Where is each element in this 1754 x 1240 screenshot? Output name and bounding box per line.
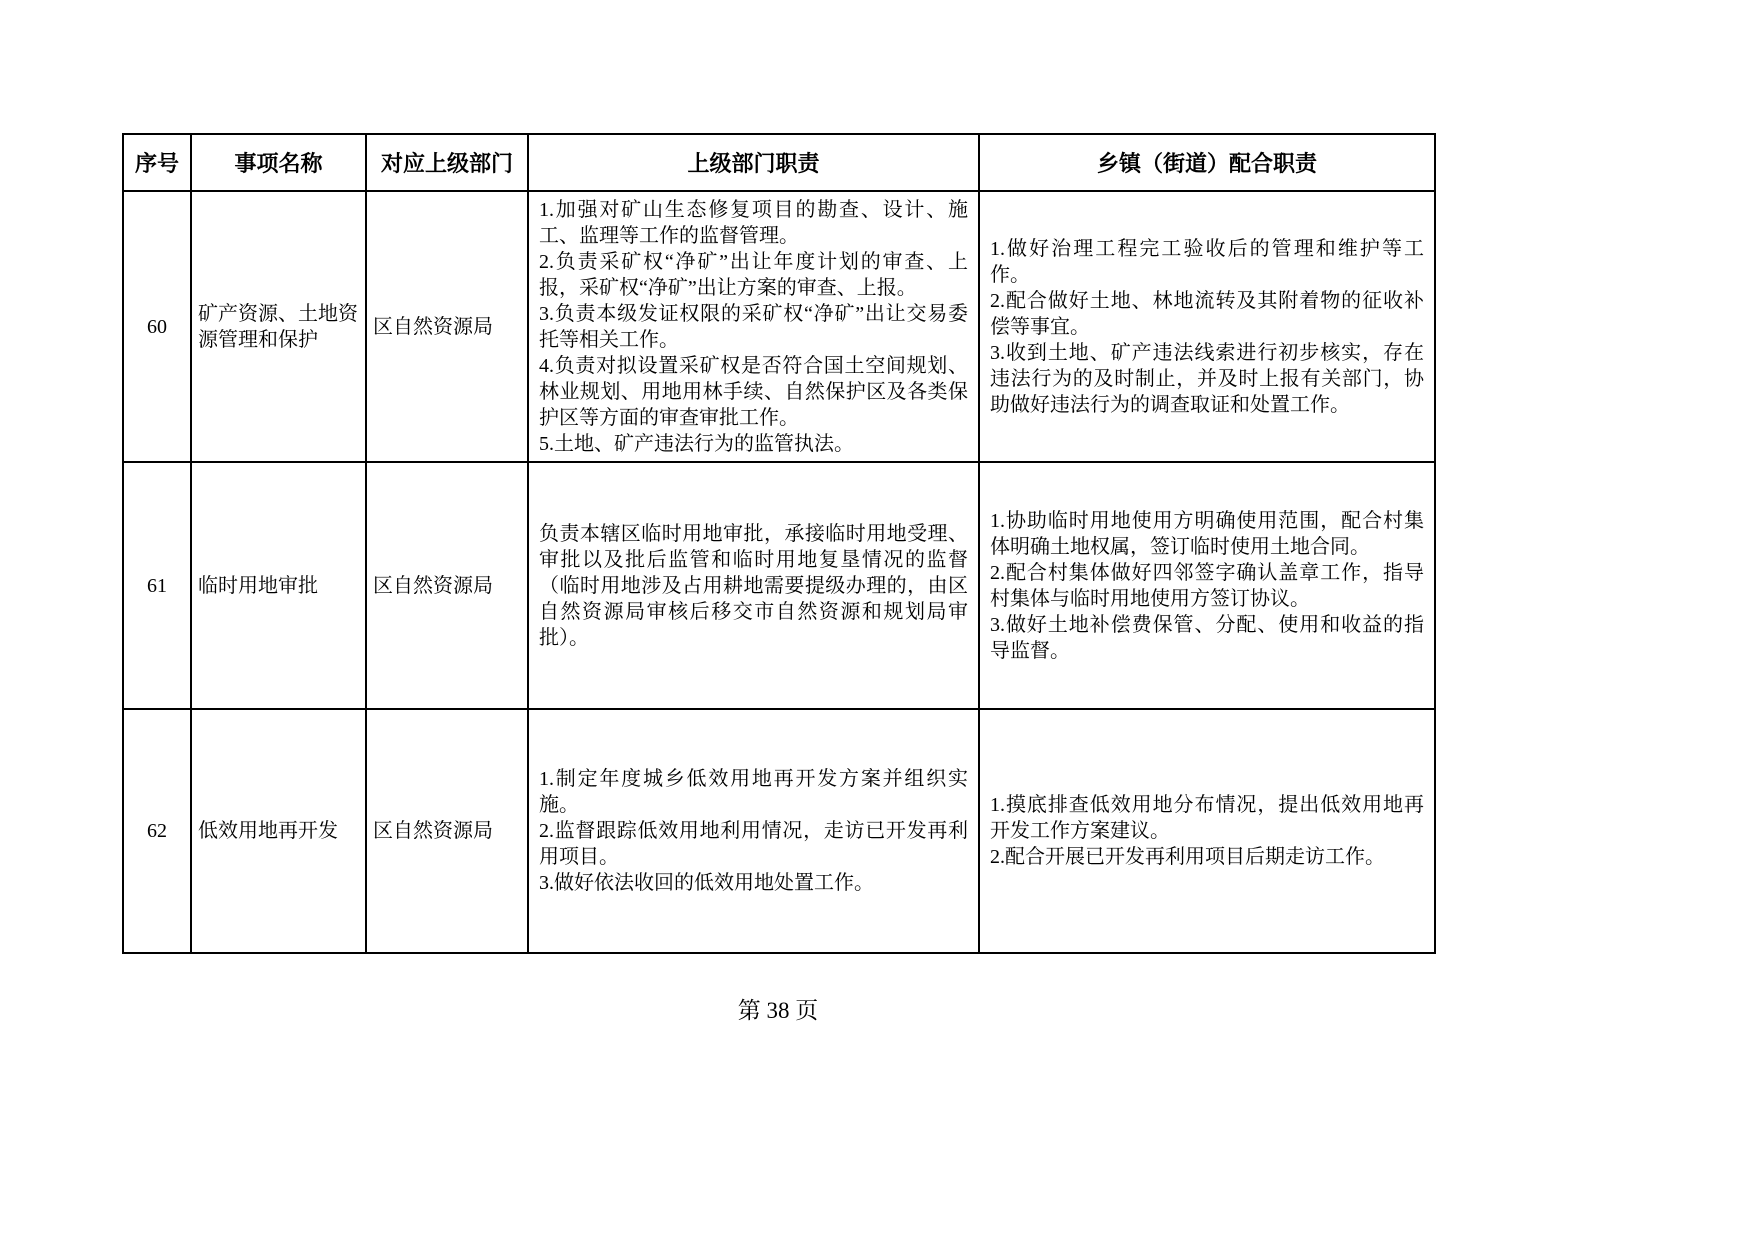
serial-cell: 60 [123, 191, 191, 462]
serial-cell: 62 [123, 709, 191, 953]
column-header-township-duties: 乡镇（街道）配合职责 [979, 134, 1435, 191]
column-header-item-name: 事项名称 [191, 134, 366, 191]
page-number: 第 38 页 [122, 992, 1434, 1025]
responsibility-table: 序号 事项名称 对应上级部门 上级部门职责 乡镇（街道）配合职责 60 矿产资源… [122, 133, 1436, 954]
township-duty-cell: 1.协助临时用地使用方明确使用范围，配合村集体明确土地权属，签订临时使用土地合同… [979, 462, 1435, 709]
superior-duty-cell: 1.制定年度城乡低效用地再开发方案并组织实施。 2.监督跟踪低效用地利用情况，走… [528, 709, 979, 953]
superior-duty-cell: 1.加强对矿山生态修复项目的勘查、设计、施工、监理等工作的监督管理。 2.负责采… [528, 191, 979, 462]
column-header-serial: 序号 [123, 134, 191, 191]
column-header-superior-department: 对应上级部门 [366, 134, 528, 191]
header-row: 序号 事项名称 对应上级部门 上级部门职责 乡镇（街道）配合职责 [123, 134, 1435, 191]
department-cell: 区自然资源局 [366, 462, 528, 709]
department-cell: 区自然资源局 [366, 191, 528, 462]
table-row: 60 矿产资源、土地资源管理和保护 区自然资源局 1.加强对矿山生态修复项目的勘… [123, 191, 1435, 462]
column-header-superior-duties: 上级部门职责 [528, 134, 979, 191]
township-duty-cell: 1.摸底排查低效用地分布情况，提出低效用地再开发工作方案建议。 2.配合开展已开… [979, 709, 1435, 953]
department-cell: 区自然资源局 [366, 709, 528, 953]
item-name-cell: 矿产资源、土地资源管理和保护 [191, 191, 366, 462]
township-duty-cell: 1.做好治理工程完工验收后的管理和维护等工作。 2.配合做好土地、林地流转及其附… [979, 191, 1435, 462]
table-row: 61 临时用地审批 区自然资源局 负责本辖区临时用地审批，承接临时用地受理、审批… [123, 462, 1435, 709]
superior-duty-cell: 负责本辖区临时用地审批，承接临时用地受理、审批以及批后监管和临时用地复垦情况的监… [528, 462, 979, 709]
item-name-cell: 临时用地审批 [191, 462, 366, 709]
table-row: 62 低效用地再开发 区自然资源局 1.制定年度城乡低效用地再开发方案并组织实施… [123, 709, 1435, 953]
serial-cell: 61 [123, 462, 191, 709]
item-name-cell: 低效用地再开发 [191, 709, 366, 953]
